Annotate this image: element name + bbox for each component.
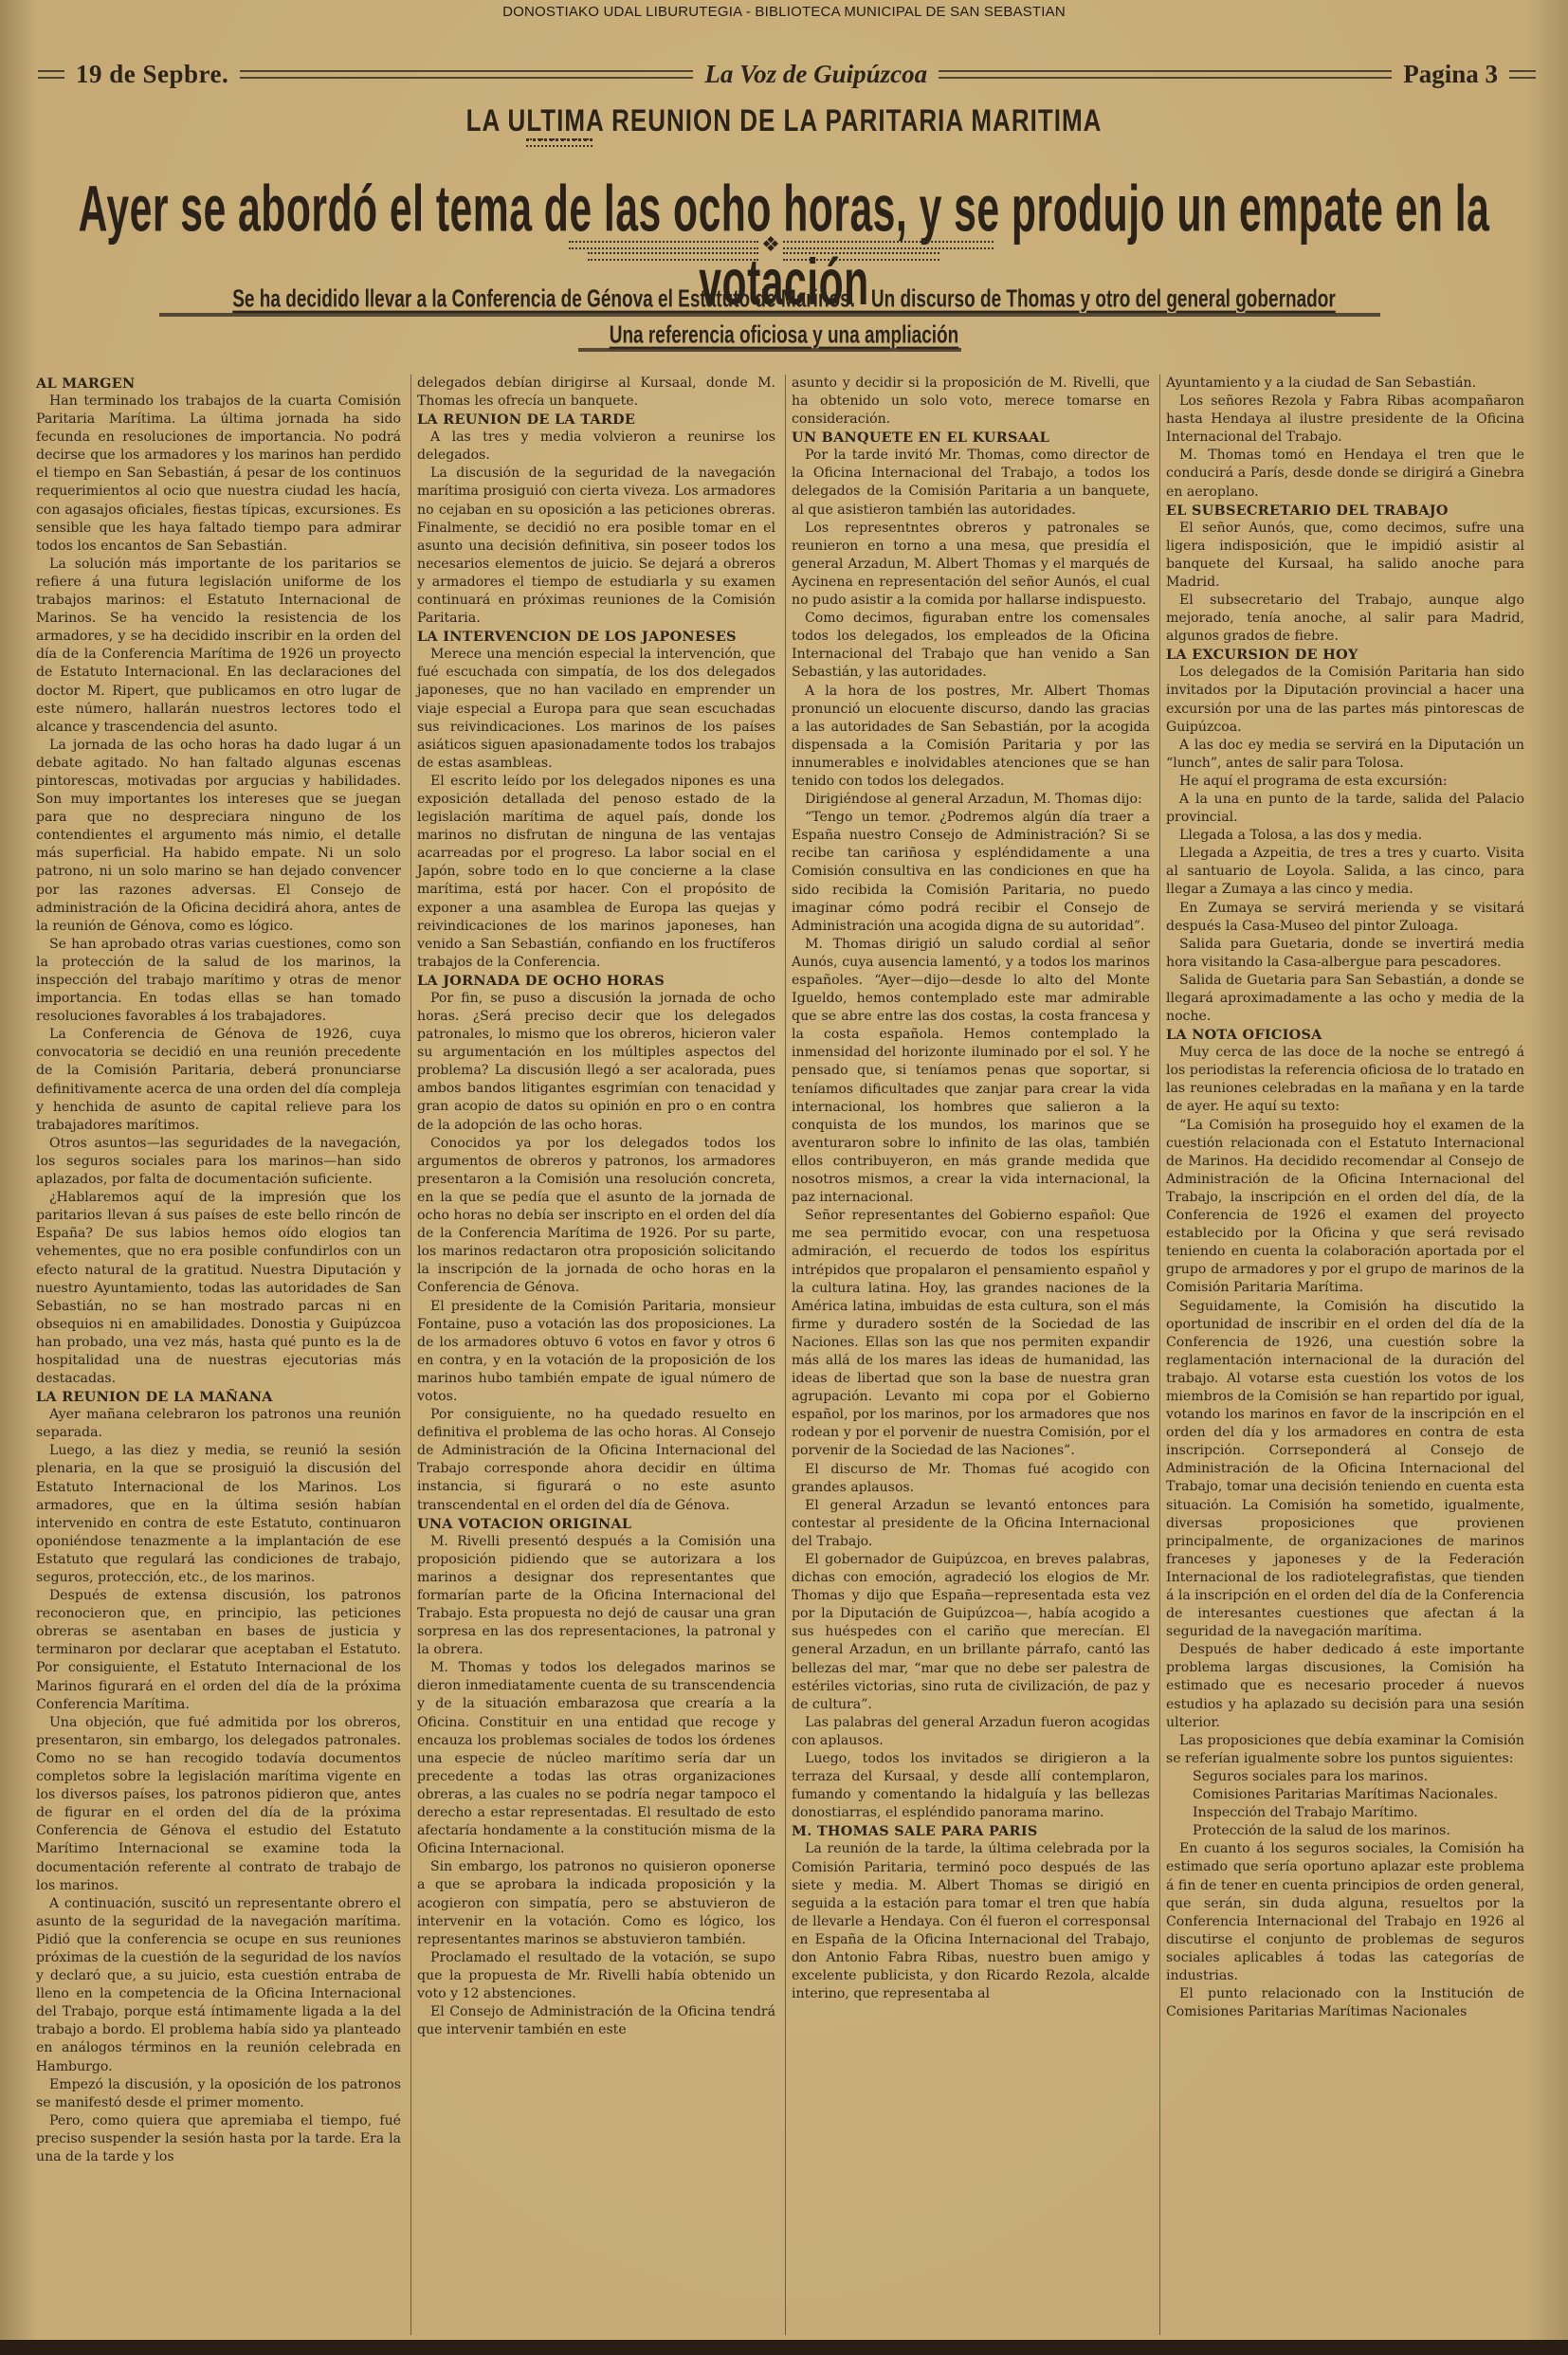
paragraph: El escrito leído por los delegados nipon… [417,773,775,972]
paragraph: Dirigiéndose al general Arzadun, M. Thom… [792,791,1150,809]
paragraph: ¿Hablaremos aquí de la impresión que los… [36,1189,401,1388]
paragraph: El subsecretario del Trabajo, aunque alg… [1166,592,1524,646]
column-1: AL MARGENHan terminado los trabajos de l… [36,374,401,2335]
list-item: Seguros sociales para los marinos. [1166,1768,1524,1786]
deck-underline [578,348,961,352]
page-number: Pagina 3 [1403,60,1498,89]
paragraph: Merece una mención especial la intervenc… [417,646,775,773]
paragraph: El discurso de Mr. Thomas fué acogido co… [792,1461,1150,1497]
paragraph: El general Arzadun se levantó entonces p… [792,1497,1150,1551]
paragraph: asunto y decidir si la proposición de M.… [792,374,1150,429]
paragraph: A continuación, suscitó un representante… [36,1895,401,2076]
paragraph: M. Rivelli presentó después a la Comisió… [417,1533,775,1660]
paragraph: El Consejo de Administración de la Ofici… [417,2003,775,2039]
section-heading: LA JORNADA DE OCHO HORAS [417,972,775,990]
article-deck-text: Una referencia oficiosa y una ampliación [610,322,959,349]
paragraph: En cuanto á los seguros sociales, la Com… [1166,1840,1524,1985]
paragraph: “La Comisión ha proseguido hoy el examen… [1166,1117,1524,1298]
paragraph: Llegada a Tolosa, a las dos y media. [1166,827,1524,845]
section-heading: UN BANQUETE EN EL KURSAAL [792,429,1150,447]
paragraph: Por consiguiente, no ha quedado resuelto… [417,1406,775,1515]
paragraph: Pero, como quiera que apremiaba el tiemp… [36,2112,401,2166]
column-2: delegados debían dirigirse al Kursaal, d… [410,374,775,2335]
list-item: Inspección del Trabajo Marítimo. [1166,1804,1524,1822]
folio-rule [939,70,1392,79]
paragraph: M. Thomas dirigió un saludo cordial al s… [792,936,1150,1207]
column-3: asunto y decidir si la proposición de M.… [785,374,1150,2335]
paragraph: Como decimos, figuraban entre los comens… [792,610,1150,682]
folio-rule [1509,70,1536,79]
paragraph: El gobernador de Guipúzcoa, en breves pa… [792,1551,1150,1714]
paragraph: Los delegados de la Comisión Paritaria h… [1166,664,1524,736]
paragraph: A la hora de los postres, Mr. Albert Tho… [792,683,1150,792]
paragraph: M. Thomas tomó en Hendaya el tren que le… [1166,447,1524,501]
list-item: Comisiones Paritarias Marítimas Nacional… [1166,1786,1524,1804]
paragraph: Después de extensa discusión, los patron… [36,1587,401,1714]
paragraph: La Conferencia de Génova de 1926, cuya c… [36,1026,401,1135]
paragraph: Las proposiciones que debía examinar la … [1166,1732,1524,1768]
headline-rule-upper-right [783,241,994,249]
paragraph: A las tres y media volvieron a reunirse … [417,429,775,465]
paragraph: Salida para Guetaria, donde se invertirá… [1166,936,1524,972]
archive-banner: DONOSTIAKO UDAL LIBURUTEGIA - BIBLIOTECA… [0,4,1568,20]
subhead-underline [159,313,1380,317]
paragraph: Señor representantes del Gobierno españo… [792,1207,1150,1460]
headline-rule-lower-left [588,252,758,261]
paragraph: El señor Aunós, que, como decimos, sufre… [1166,520,1524,592]
paragraph: Han terminado los trabajos de la cuarta … [36,392,401,556]
paragraph: He aquí el programa de esta excursión: [1166,773,1524,791]
section-heading: LA INTERVENCION DE LOS JAPONESES [417,628,775,646]
issue-date: 19 de Sepbre. [76,60,228,89]
paragraph: La reunión de la tarde, la última celebr… [792,1840,1150,2003]
paragraph: Se han aprobado otras varias cuestiones,… [36,936,401,1026]
headline-rule-upper-left [569,241,758,249]
paragraph: El presidente de la Comisión Paritaria, … [417,1298,775,1407]
paragraph: Muy cerca de las doce de la noche se ent… [1166,1044,1524,1116]
paragraph: La jornada de las ocho horas ha dado lug… [36,737,401,936]
scan-bottom-edge [0,2340,1568,2355]
article-subhead: Se ha decidido llevar a la Conferencia d… [0,286,1568,315]
paragraph: A la una en punto de la tarde, salida de… [1166,791,1524,827]
paragraph: M. Thomas y todos los delegados marinos … [417,1659,775,1858]
paragraph: Empezó la discusión, y la oposición de l… [36,2076,401,2112]
newspaper-name: La Voz de Guipúzcoa [704,60,927,89]
fleuron-ornament-icon: ❖ [758,233,783,258]
paragraph: Las palabras del general Arzadun fueron … [792,1714,1150,1750]
paragraph: Los representntes obreros y patronales s… [792,520,1150,610]
folio-rule [240,70,693,79]
article-columns: AL MARGENHan terminado los trabajos de l… [36,374,1534,2335]
page-folio: 19 de Sepbre. La Voz de Guipúzcoa Pagina… [38,55,1536,93]
paragraph: La discusión de la seguridad de la naveg… [417,465,775,628]
paragraph: Ayer mañana celebraron los patronos una … [36,1406,401,1442]
paragraph: Ayuntamiento y a la ciudad de San Sebast… [1166,374,1524,392]
paragraph: Salida de Guetaria para San Sebastián, a… [1166,972,1524,1026]
paragraph: La solución más importante de los parita… [36,556,401,737]
kicker-rule [526,138,593,147]
article-subhead-text: Se ha decidido llevar a la Conferencia d… [232,286,1336,313]
folio-rule [38,70,64,79]
section-heading: LA REUNION DE LA TARDE [417,411,775,429]
paragraph: Sin embargo, los patronos no quisieron o… [417,1858,775,1948]
paragraph: delegados debían dirigirse al Kursaal, d… [417,374,775,411]
headline-rule-lower-right [783,252,939,261]
section-heading: LA EXCURSION DE HOY [1166,646,1524,664]
paragraph: Después de haber dedicado á este importa… [1166,1641,1524,1731]
paragraph: Llegada a Azpeitia, de tres a tres y cua… [1166,845,1524,899]
paragraph: Por fin, se puso a discusión la jornada … [417,990,775,1135]
list-item: Protección de la salud de los marinos. [1166,1822,1524,1840]
section-heading: M. THOMAS SALE PARA PARIS [792,1822,1150,1840]
paragraph: A las doc ey media se servirá en la Dipu… [1166,737,1524,773]
section-heading: LA REUNION DE LA MAÑANA [36,1388,401,1406]
paragraph: Los señores Rezola y Fabra Ribas acompañ… [1166,392,1524,447]
paragraph: Luego, todos los invitados se dirigieron… [792,1750,1150,1822]
column-4: Ayuntamiento y a la ciudad de San Sebast… [1159,374,1524,2335]
paragraph: El punto relacionado con la Institución … [1166,1985,1524,2021]
paragraph: Conocidos ya por los delegados todos los… [417,1135,775,1298]
section-heading: UNA VOTACION ORIGINAL [417,1515,775,1533]
paragraph: Seguidamente, la Comisión ha discutido l… [1166,1298,1524,1642]
section-heading: AL MARGEN [36,374,401,392]
paragraph: Luego, a las diez y media, se reunió la … [36,1442,401,1587]
paragraph: “Tengo un temor. ¿Podremos algún día tra… [792,809,1150,936]
paragraph: En Zumaya se servirá merienda y se visit… [1166,900,1524,936]
paragraph: Por la tarde invitó Mr. Thomas, como dir… [792,447,1150,519]
paragraph: Proclamado el resultado de la votación, … [417,1949,775,2003]
article-deck: Una referencia oficiosa y una ampliación [0,322,1568,351]
paragraph: Una objeción, que fué admitida por los o… [36,1714,401,1895]
article-kicker: LA ULTIMA REUNION DE LA PARITARIA MARITI… [0,102,1568,139]
section-heading: EL SUBSECRETARIO DEL TRABAJO [1166,502,1524,520]
paragraph: Otros asuntos—las seguridades de la nave… [36,1135,401,1189]
section-heading: LA NOTA OFICIOSA [1166,1026,1524,1044]
